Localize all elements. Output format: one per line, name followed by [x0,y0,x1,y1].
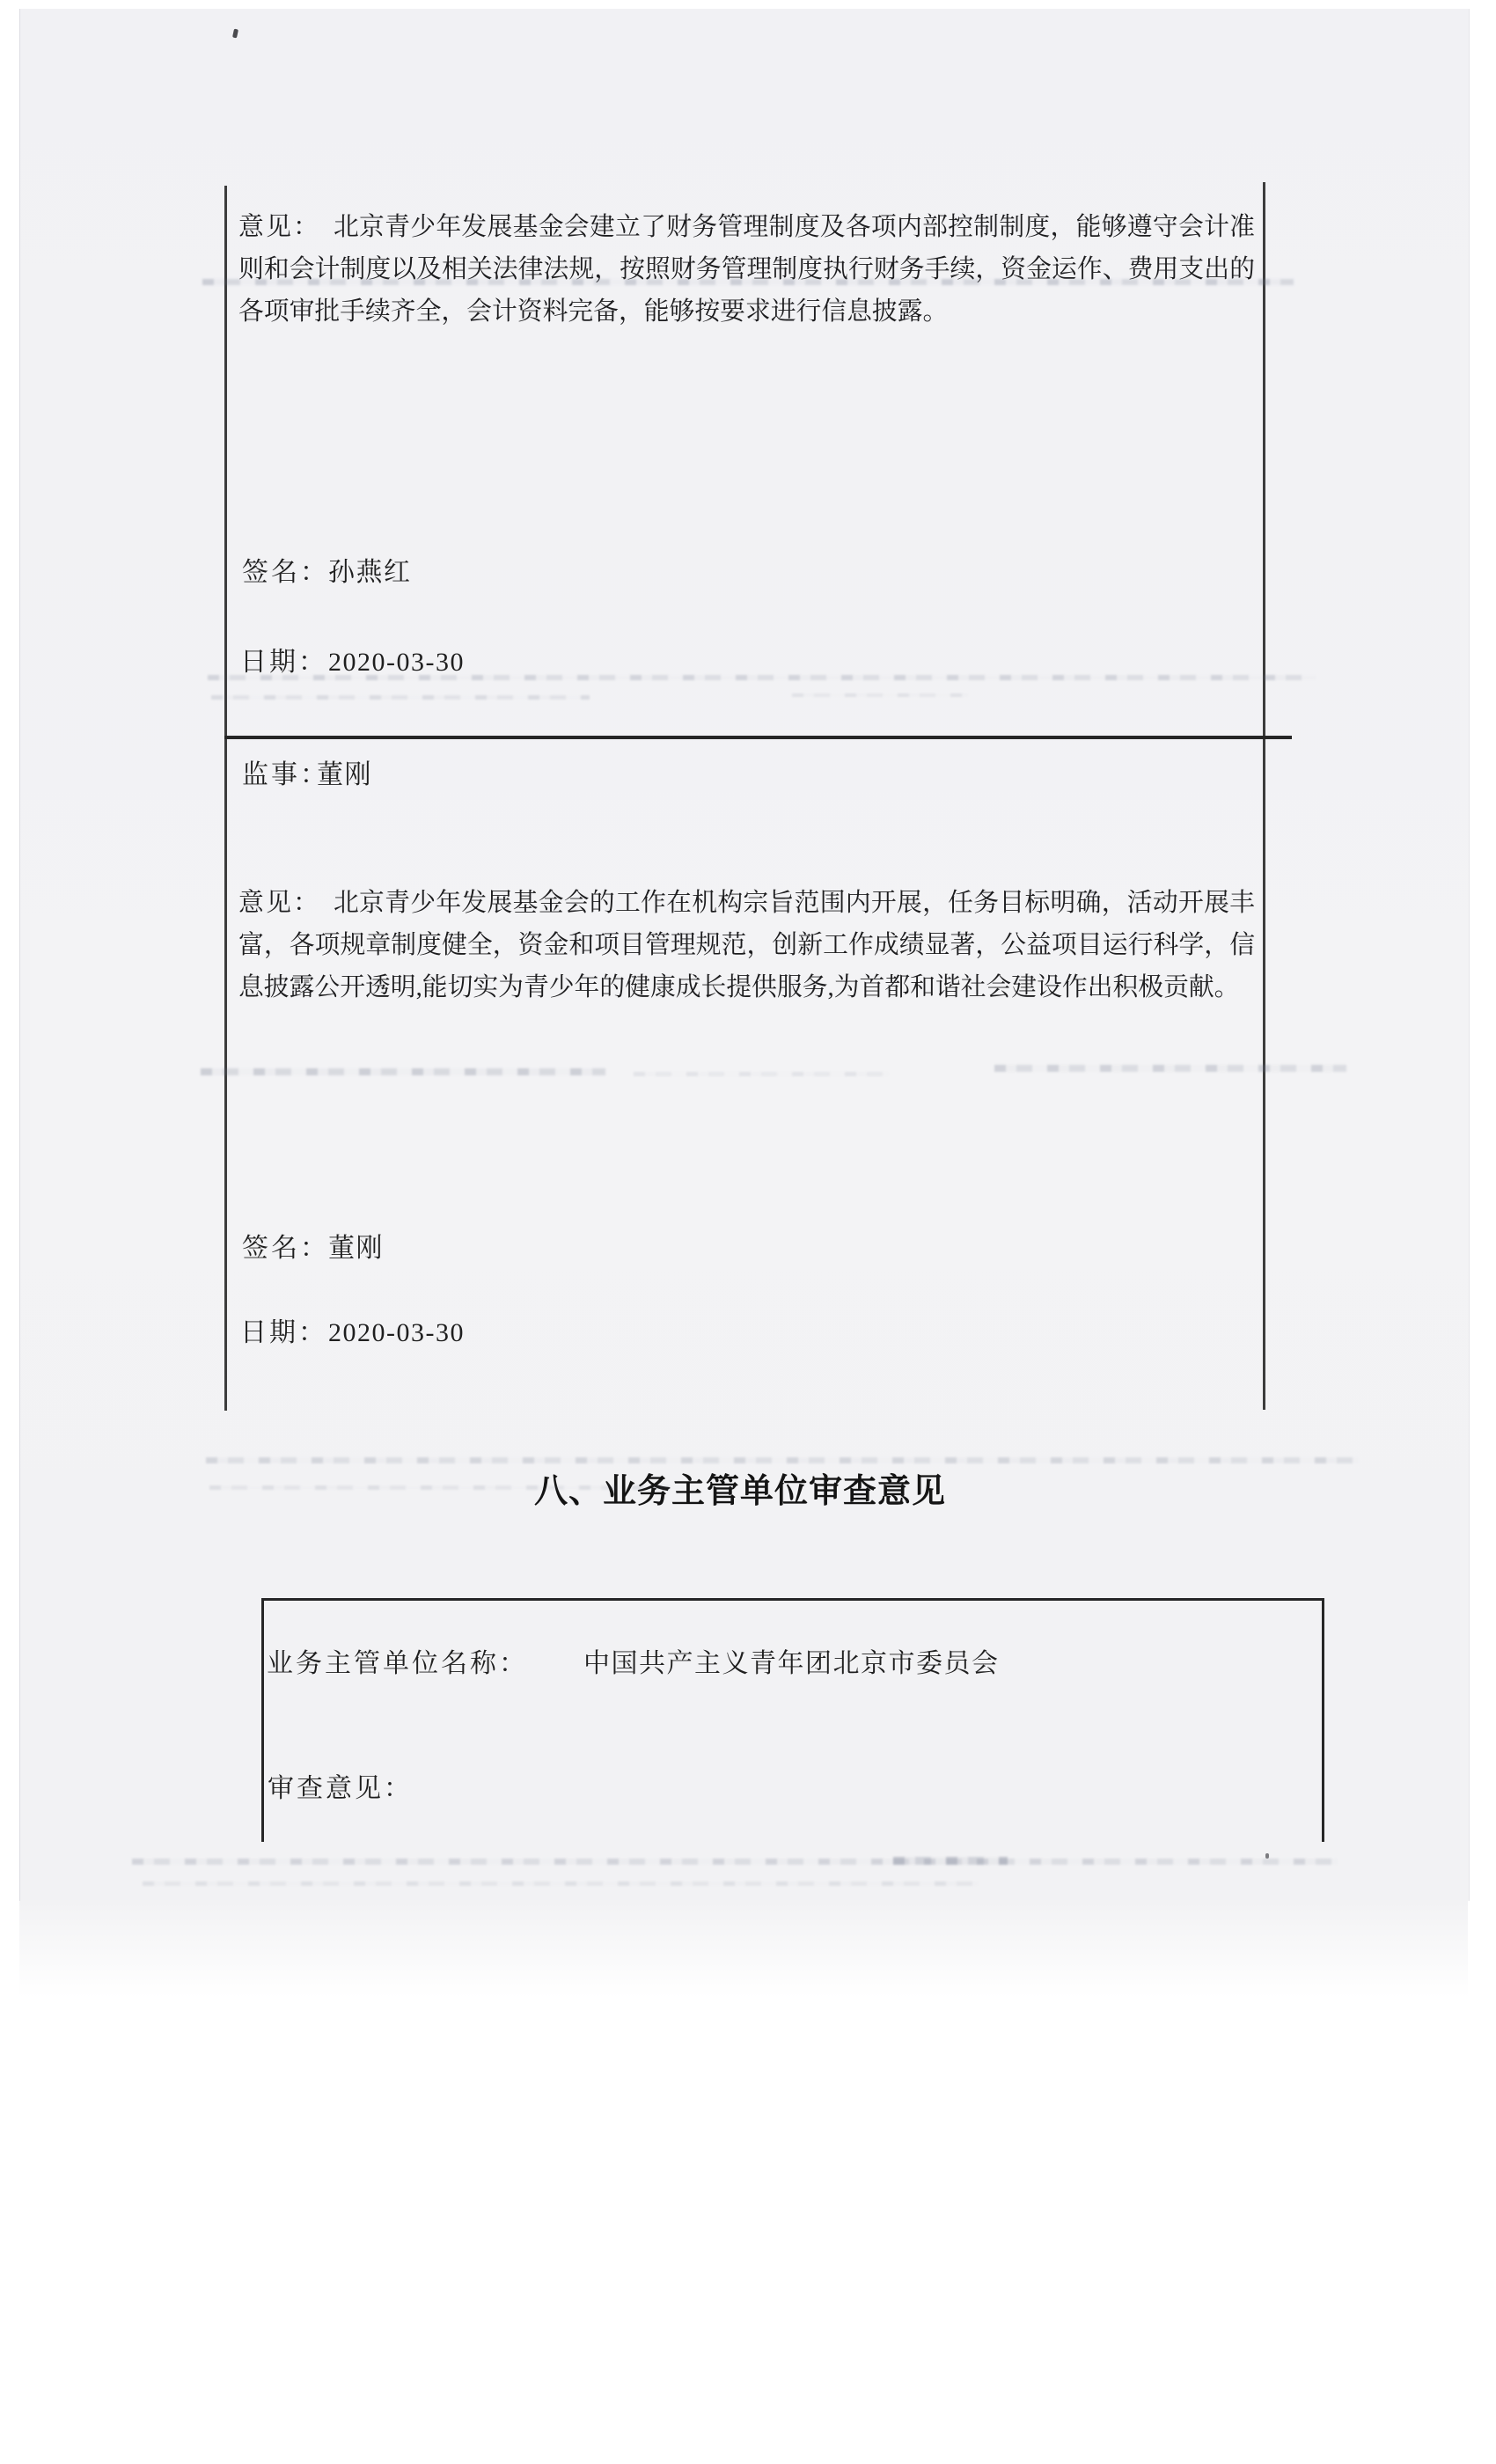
scan-streak [143,1881,979,1886]
scan-streak [201,1068,605,1075]
board-date-value: 2020-03-30 [328,648,465,678]
board-sign-name: 孙燕红 [328,558,412,588]
review-box-top-border [261,1598,1324,1601]
board-sign-label: 签名： [242,558,329,588]
supervisor-date-value: 2020-03-30 [328,1318,465,1348]
scan-fleck [1265,1853,1269,1859]
scan-streak [634,1072,889,1076]
supervisor-opinion-paragraph: 意见： 北京青少年发展基金会的工作在机构宗旨范围内开展，任务目标明确，活动开展丰… [238,882,1255,1008]
scan-streak [211,695,590,700]
board-opinion-label: 意见： [238,213,308,241]
board-opinion-paragraph: 意见： 北京青少年发展基金会建立了财务管理制度及各项内部控制制度，能够遵守会计准… [238,206,1255,333]
scan-streak [994,1065,1346,1072]
unit-name-value: 中国共产主义青年团北京市委员会 [583,1649,1000,1679]
supervisor-sign-name: 董刚 [328,1234,384,1264]
board-opinion-text: 北京青少年发展基金会建立了财务管理制度及各项内部控制制度，能够遵守会计准则和会计… [238,213,1255,326]
board-date-label: 日期： [240,648,327,678]
scan-streak [209,1485,685,1490]
table-left-border [224,186,227,1411]
paper-bottom-fade [19,1901,1468,1998]
scan-streak [206,1457,1359,1463]
supervisor-opinion-label: 意见： [238,889,308,917]
supervisor-date-label: 日期： [240,1318,327,1348]
scan-streak [132,1859,1338,1865]
scan-streak [792,693,968,697]
table-right-border [1263,182,1265,1410]
unit-name-label: 业务主管单位名称： [267,1649,528,1679]
section8-heading: 八、业务主管单位审查意见 [534,1473,946,1510]
review-box-left-border [261,1598,264,1842]
review-box-right-border [1322,1598,1324,1842]
scanned-document-page: 意见： 北京青少年发展基金会建立了财务管理制度及各项内部控制制度，能够遵守会计准… [0,0,1496,2464]
scan-streak [202,279,1294,285]
scan-streak [893,1857,1008,1865]
supervisor-name: 董刚 [317,760,372,790]
review-opinion-label: 审查意见： [268,1774,413,1804]
table-row-divider [224,736,1292,739]
supervisor-opinion-text: 北京青少年发展基金会的工作在机构宗旨范围内开展，任务目标明确，活动开展丰富，各项… [238,889,1255,1001]
supervisor-sign-label: 签名： [242,1234,329,1264]
scan-streak [208,675,1316,680]
